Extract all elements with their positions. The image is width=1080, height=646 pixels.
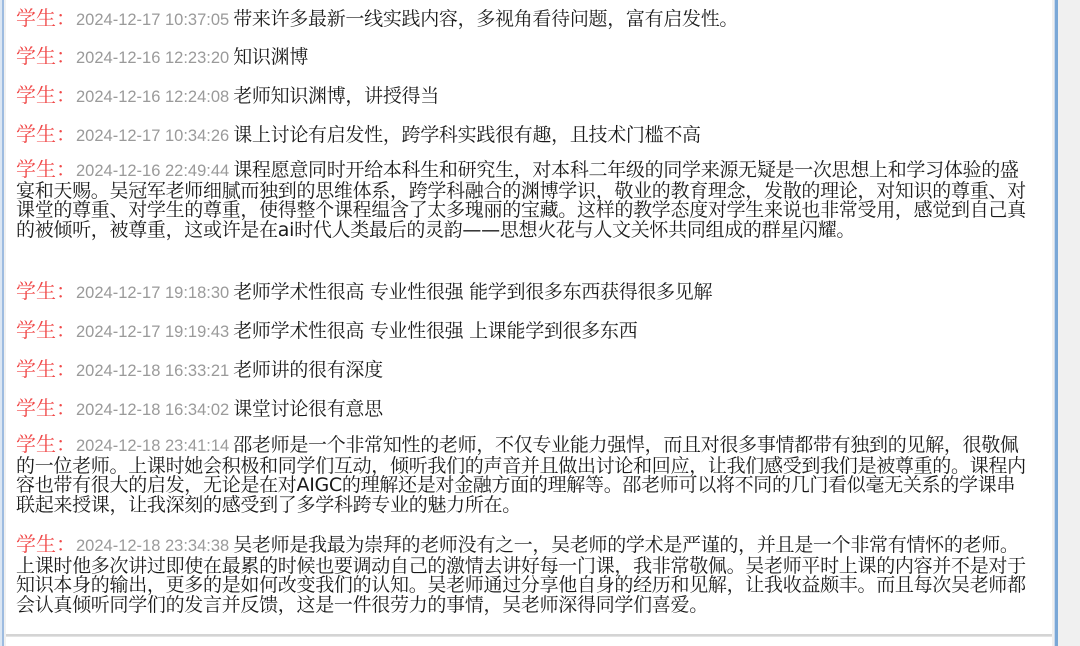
comments-window: 学生：2024-12-17 10:37:05带来许多最新一线实践内容，多视角看待… [0,0,1080,646]
role-label: 学生： [16,396,76,420]
comment-item: 学生：2024-12-16 12:23:20知识渊博 [16,44,1028,70]
comment-timestamp: 2024-12-17 10:34:26 [76,127,229,145]
right-window-border [1052,0,1080,646]
role-label: 学生： [16,157,76,181]
role-label: 学生： [16,532,76,556]
comment-timestamp: 2024-12-17 19:18:30 [76,284,229,302]
comment-timestamp: 2024-12-17 10:37:05 [76,11,229,29]
comment-text: 老师学术性很高 专业性很强 上课能学到很多东西 [233,320,637,342]
comment-text: 知识渊博 [233,46,308,68]
role-label: 学生： [16,83,76,107]
comment-item: 学生：2024-12-16 22:49:44课程愿意同时开给本科生和研究生，对本… [16,160,1028,240]
comment-text: 课堂讨论很有意思 [233,398,383,420]
comment-text: 老师学术性很高 专业性很强 能学到很多东西获得很多见解 [233,281,712,303]
comment-item: 学生：2024-12-17 19:19:43老师学术性很高 专业性很强 上课能学… [16,318,1028,344]
comment-text: 课上讨论有启发性，跨学科实践很有趣，且技术门槛不高 [233,124,701,146]
comments-panel[interactable]: 学生：2024-12-17 10:37:05带来许多最新一线实践内容，多视角看待… [6,0,1053,636]
comment-timestamp: 2024-12-18 16:34:02 [76,401,229,419]
comment-item: 学生：2024-12-17 10:37:05带来许多最新一线实践内容，多视角看待… [16,6,1028,32]
role-label: 学生： [16,6,76,30]
comment-item: 学生：2024-12-18 23:34:38吴老师是我最为崇拜的老师没有之一，吴… [16,535,1028,615]
comment-item: 学生：2024-12-18 16:34:02课堂讨论很有意思 [16,396,1028,422]
role-label: 学生： [16,279,76,303]
comment-timestamp: 2024-12-16 12:24:08 [76,88,229,106]
role-label: 学生： [16,357,76,381]
comment-timestamp: 2024-12-16 12:23:20 [76,49,229,67]
comment-text: 老师讲的很有深度 [233,359,383,381]
comment-timestamp: 2024-12-17 19:19:43 [76,323,229,341]
comment-item: 学生：2024-12-17 10:34:26课上讨论有启发性，跨学科实践很有趣，… [16,122,1028,148]
comment-item: 学生：2024-12-17 19:18:30老师学术性很高 专业性很强 能学到很… [16,279,1028,305]
comment-timestamp: 2024-12-18 16:33:21 [76,362,229,380]
comment-item: 学生：2024-12-16 12:24:08老师知识渊博，讲授得当 [16,83,1028,109]
left-window-border [0,0,4,646]
comment-timestamp: 2024-12-16 22:49:44 [76,162,229,180]
panel-bottom-edge [6,636,1053,646]
role-label: 学生： [16,44,76,68]
comment-text: 老师知识渊博，讲授得当 [233,85,439,107]
role-label: 学生： [16,122,76,146]
comment-text: 带来许多最新一线实践内容，多视角看待问题，富有启发性。 [233,8,738,30]
comment-timestamp: 2024-12-18 23:34:38 [76,537,229,555]
comment-item: 学生：2024-12-18 23:41:14邵老师是一个非常知性的老师，不仅专业… [16,435,1028,515]
role-label: 学生： [16,318,76,342]
comment-item: 学生：2024-12-18 16:33:21老师讲的很有深度 [16,357,1028,383]
role-label: 学生： [16,432,76,456]
right-border-accent [1054,0,1058,646]
comment-timestamp: 2024-12-18 23:41:14 [76,437,229,455]
